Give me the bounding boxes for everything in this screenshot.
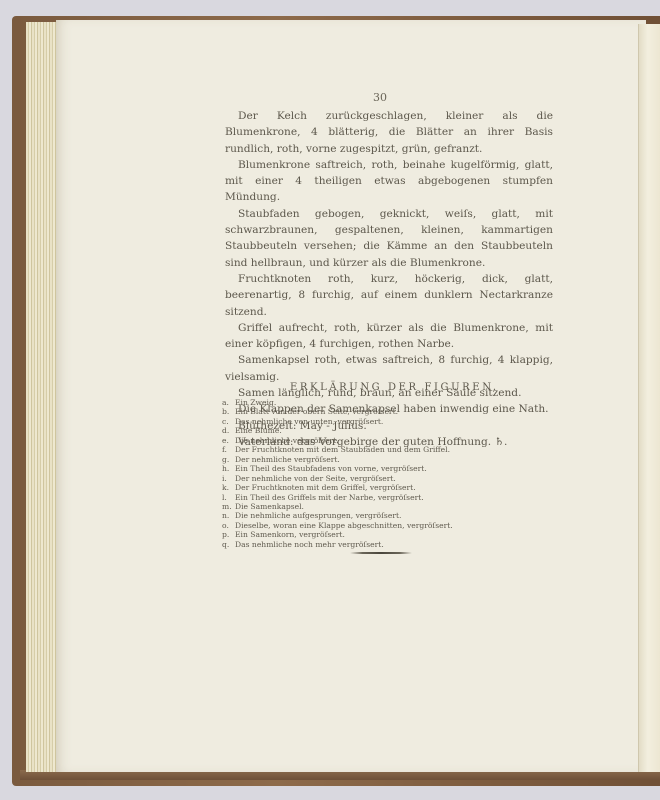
figure-item: c.Das nehmliche von unten, vergröſsert. <box>222 417 522 426</box>
figure-item: k.Der Fruchtknoten mit dem Griffel, verg… <box>222 483 522 492</box>
figure-letter: n. <box>222 511 235 520</box>
paragraph-capsule: Samenkapsel roth, etwas saftreich, 8 fur… <box>225 352 553 385</box>
figure-letter: g. <box>222 455 235 464</box>
figure-text: Ein Samenkorn, vergröſsert. <box>235 530 345 539</box>
paragraph-ovary: Fruchtknoten roth, kurz, höckerig, dick,… <box>225 271 553 320</box>
ornamental-rule <box>350 552 412 554</box>
paragraph-corolla: Blumenkrone saftreich, roth, beinahe kug… <box>225 157 553 206</box>
figure-letter: e. <box>222 436 235 445</box>
figure-letter: l. <box>222 493 235 502</box>
figure-letter: m. <box>222 502 235 511</box>
figure-item: e.Die nehmliche vergröſsert. <box>222 436 522 445</box>
figure-letter: p. <box>222 530 235 539</box>
figure-item: i.Der nehmliche von der Seite, vergröſse… <box>222 474 522 483</box>
figure-item: q.Das nehmliche noch mehr vergröſsert. <box>222 540 522 549</box>
figure-item: m.Die Samenkapsel. <box>222 502 522 511</box>
figure-letter: k. <box>222 483 235 492</box>
figure-letter: f. <box>222 445 235 454</box>
figure-item: l.Ein Theil des Griffels mit der Narbe, … <box>222 493 522 502</box>
figure-text: Der Fruchtknoten mit dem Griffel, vergrö… <box>235 483 416 492</box>
figure-item: b.Ein Blatt von der obern Seite, vergröſ… <box>222 407 522 416</box>
figure-item: p.Ein Samenkorn, vergröſsert. <box>222 530 522 539</box>
figure-item: o.Dieselbe, woran eine Klappe abgeschnit… <box>222 521 522 530</box>
figure-letter: o. <box>222 521 235 530</box>
paragraph-calyx: Der Kelch zurückgeschlagen, kleiner als … <box>225 108 553 157</box>
figure-item: h.Ein Theil des Staubfadens von vorne, v… <box>222 464 522 473</box>
figure-text: Das nehmliche von unten, vergröſsert. <box>235 417 383 426</box>
figure-text: Ein Blatt von der obern Seite, vergröſse… <box>235 407 398 416</box>
figure-text: Ein Theil des Staubfadens von vorne, ver… <box>235 464 427 473</box>
figure-text: Dieselbe, woran eine Klappe abgeschnitte… <box>235 521 453 530</box>
figure-text: Eine Blume. <box>235 426 282 435</box>
figure-text: Der nehmliche vergröſsert. <box>235 455 340 464</box>
figure-text: Die nehmliche aufgesprungen, vergröſsert… <box>235 511 401 520</box>
figure-text: Die Samenkapsel. <box>235 502 304 511</box>
figure-letter: b. <box>222 407 235 416</box>
figure-text: Ein Theil des Griffels mit der Narbe, ve… <box>235 493 424 502</box>
figure-letter: h. <box>222 464 235 473</box>
figure-letter: d. <box>222 426 235 435</box>
figure-text: Der Fruchtknoten mit dem Staubfaden und … <box>235 445 450 454</box>
figure-text: Das nehmliche noch mehr vergröſsert. <box>235 540 384 549</box>
figure-item: g.Der nehmliche vergröſsert. <box>222 455 522 464</box>
figure-item: a.Ein Zweig. <box>222 398 522 407</box>
page-edges-left <box>26 22 58 772</box>
figure-item: f.Der Fruchtknoten mit dem Staubfaden un… <box>222 445 522 454</box>
figure-letter: a. <box>222 398 235 407</box>
page-edge-right <box>638 24 660 772</box>
figure-letter: c. <box>222 417 235 426</box>
figure-letter: i. <box>222 474 235 483</box>
figure-item: d.Eine Blume. <box>222 426 522 435</box>
figures-list: a.Ein Zweig. b.Ein Blatt von der obern S… <box>222 398 522 549</box>
figure-text: Ein Zweig. <box>235 398 276 407</box>
figure-letter: q. <box>222 540 235 549</box>
paragraph-stamens: Staubfaden gebogen, geknickt, weiſs, gla… <box>225 206 553 271</box>
figure-text: Die nehmliche vergröſsert. <box>235 436 339 445</box>
page-number: 30 <box>373 91 387 104</box>
figure-item: n.Die nehmliche aufgesprungen, vergröſse… <box>222 511 522 520</box>
paragraph-style: Griffel aufrecht, roth, kürzer als die B… <box>225 320 553 353</box>
figure-text: Der nehmliche von der Seite, vergröſsert… <box>235 474 396 483</box>
figures-heading: ERKLÄRUNG DER FIGUREN. <box>290 382 499 393</box>
